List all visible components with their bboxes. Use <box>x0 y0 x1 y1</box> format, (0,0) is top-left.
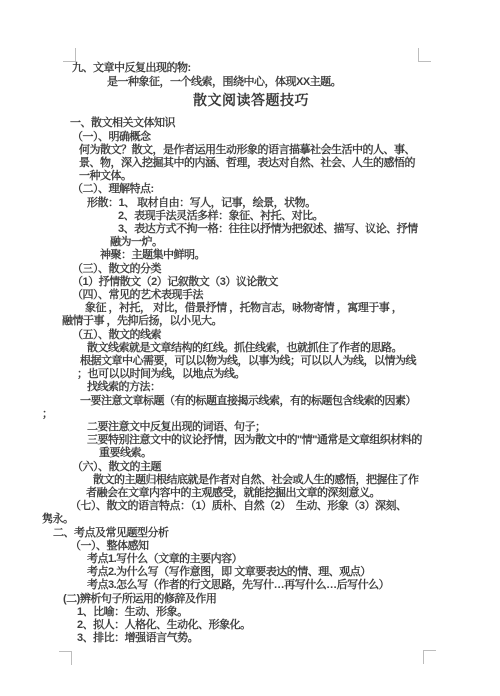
text-line: （三）、散文的分类 <box>72 263 161 275</box>
text-line: 一要注意文章标题（有的标题直接揭示线索，有的标题包含线索的因素） <box>80 395 416 407</box>
text-line: （一）、明确概念 <box>72 131 151 143</box>
margin-mark-bottom-right <box>423 650 436 664</box>
margin-mark-bottom-left <box>59 651 72 665</box>
margin-mark-top-right <box>418 48 431 62</box>
text-line: 一种文体。 <box>79 170 132 182</box>
text-line: 考点3.怎么写（作者的行文思路，先写什…再写什么…后写什么） <box>87 579 389 591</box>
text-line: 者融会在文章内容中的主观感受，就能挖掘出文章的深刻意义。 <box>86 487 380 499</box>
text-line: （五）、散文的线索 <box>72 329 161 341</box>
text-line: 三要特别注意文中的议论抒情，因为散文中的"情"通常是文章组织材料的 <box>87 434 422 446</box>
text-line: 2、表现手法灵活多样：象征、衬托、对比。 <box>118 210 323 222</box>
text-line: 融为一炉。 <box>110 236 163 248</box>
text-line: 散文的主题归根结底就是作者对自然、社会或人生的感悟，把握住了作 <box>93 474 419 486</box>
text-line: 景、物，深入挖掘其中的内涵、哲理，表达对自然、社会、人生的感悟的 <box>79 157 415 169</box>
document-page: 九、文章中反复出现的物:是一种象征，一个线索，围绕中心，体现XX主题。散文阅读答… <box>0 0 500 696</box>
text-line: 1、比喻：生动、形象。 <box>77 606 188 618</box>
text-line: 2、拟人：人格化、生动化、形象化。 <box>77 619 251 631</box>
text-line: 是一种象征，一个线索，围绕中心，体现XX主题。 <box>107 76 341 88</box>
text-line: 3、排比：增强语言气势。 <box>77 632 198 644</box>
text-line: 象征 ，衬托， 对比，借景抒情 ，托物言志，咏物寄情 ，寓理于事 ， <box>85 302 402 314</box>
text-line: 形散：1、 取材自由：写人，记事，绘景，状物。 <box>87 197 316 209</box>
text-line: （六）、散文的主题 <box>72 461 161 473</box>
text-line: （七）、散文的语言特点：（1）质朴、自然（2） 生动、形象（3）深刻、 <box>70 500 406 512</box>
text-line: 考点2.为什么写（写作意图，即 文章要表达的情、理、观点） <box>87 566 371 578</box>
document-title: 散文阅读答题技巧 <box>193 92 309 108</box>
text-line: （四）、常见的艺术表现手法 <box>72 289 203 301</box>
text-line: 融情于事 ，先抑后扬，以小见大。 <box>62 315 222 327</box>
text-line: 何为散文？散文，是作者运用生动形象的语言描摹社会生活中的人、事、 <box>79 144 415 156</box>
text-line: 找线索的方法： <box>87 381 161 393</box>
text-line: 根据文章中心需要，可以以物为线，以事为线；可以以人为线，以情为线 <box>80 355 416 367</box>
text-line: 二、考点及常见题型分析 <box>53 527 169 539</box>
text-line: (二)辨析句子所运用的修辞及作用 <box>63 593 216 605</box>
text-line: 考点1.写什么（文章的主要内容） <box>87 553 242 565</box>
text-line: ；也可以以时间为线，以地点为线。 <box>77 368 245 380</box>
text-line: 隽永。 <box>42 513 74 525</box>
margin-mark-top-left <box>63 48 76 62</box>
text-line: （二）、理解特点: <box>72 183 154 195</box>
text-line: ； <box>42 408 53 420</box>
text-line: 重要线索。 <box>99 447 152 459</box>
text-line: 散文线索就是文章结构的红线。抓住线索，也就抓住了作者的思路。 <box>87 342 402 354</box>
text-line: 一、散文相关文体知识 <box>70 117 175 129</box>
text-line: 神聚：主题集中鲜明。 <box>100 249 205 261</box>
text-line: （1）抒情散文（2）记叙散文（3）议论散文 <box>72 276 278 288</box>
text-line: 九、文章中反复出现的物: <box>72 62 191 74</box>
text-line: 3、表达方式不拘一格：往往以抒情为把叙述、描写、议论、抒情 <box>118 223 418 235</box>
text-line: 二要注意文中反复出现的词语、句子； <box>87 421 266 433</box>
text-line: （一）、整体感知 <box>70 540 149 552</box>
